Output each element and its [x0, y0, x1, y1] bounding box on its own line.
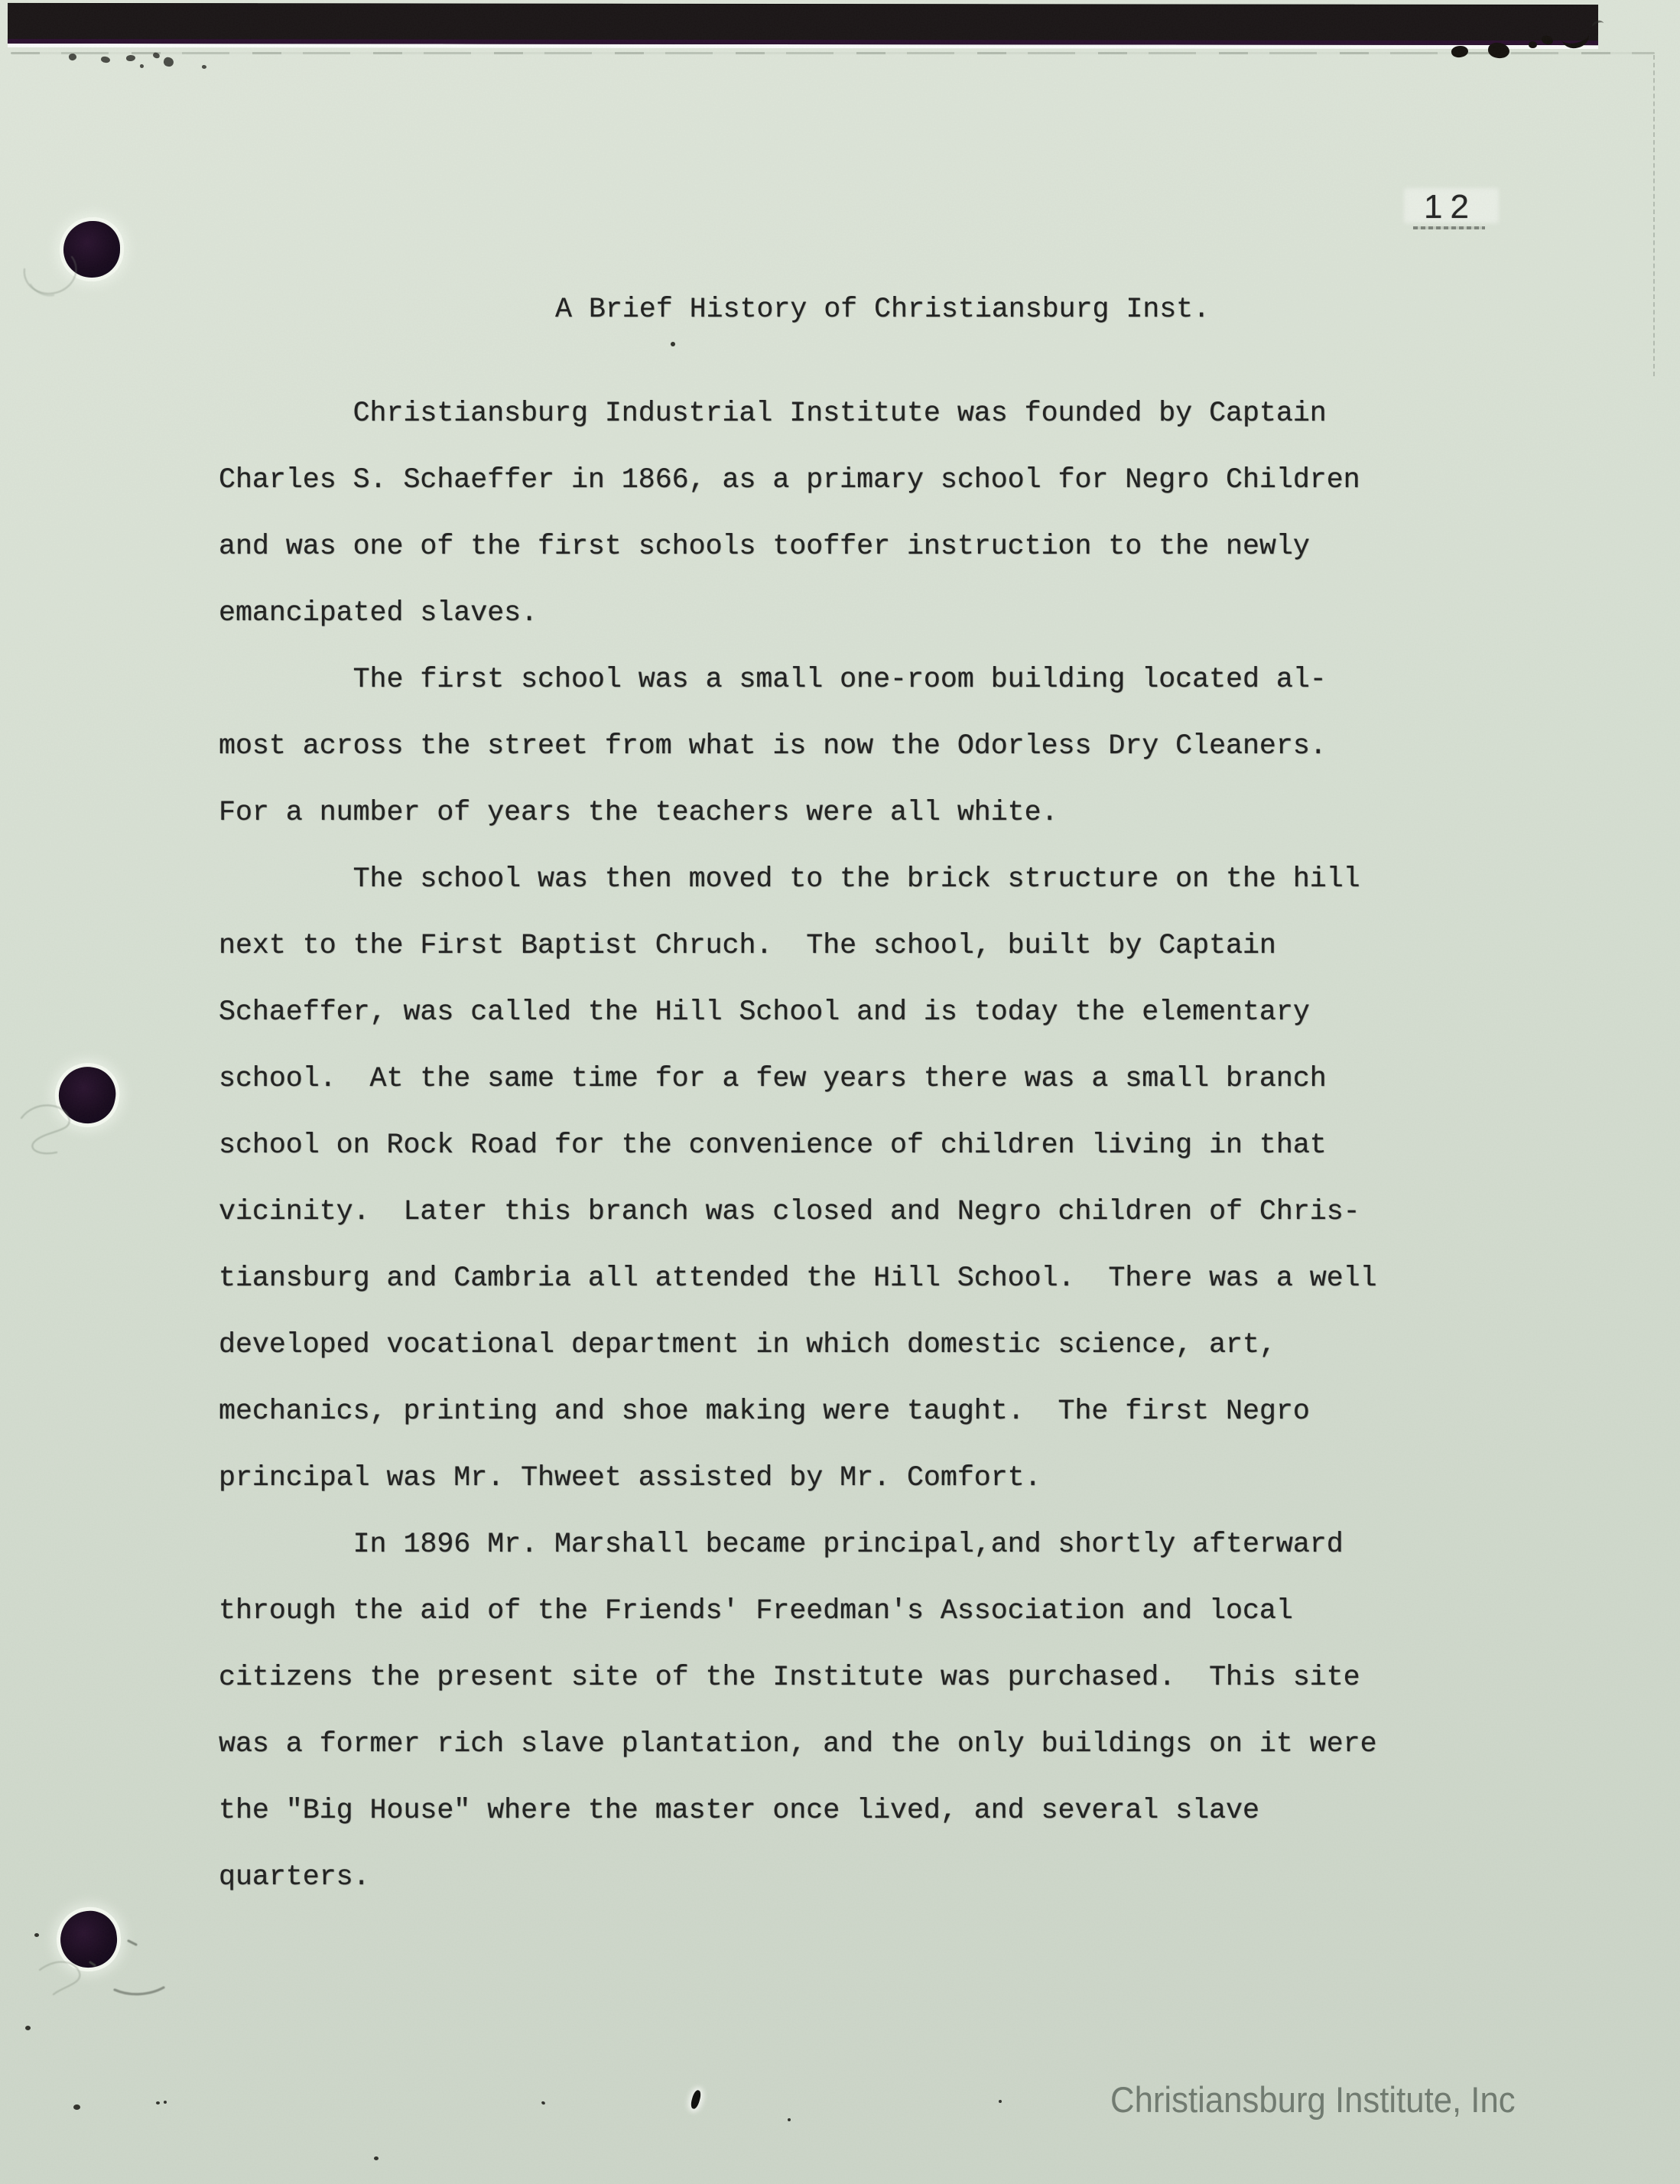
typewritten-line: next to the First Baptist Chruch. The sc…: [219, 912, 1457, 979]
ink-fleck: [202, 65, 206, 69]
ink-speck: [671, 342, 675, 346]
ink-blot: [1529, 41, 1537, 48]
typewritten-line: In 1896 Mr. Marshall became principal,an…: [219, 1511, 1457, 1578]
ink-speck: [541, 2101, 545, 2105]
page-edge-line: [1653, 55, 1655, 376]
typewritten-line: The school was then moved to the brick s…: [219, 846, 1457, 912]
scan-artifact-line: [11, 52, 1655, 54]
hole-punch: [63, 221, 120, 278]
typewritten-line: Schaeffer, was called the Hill School an…: [219, 979, 1457, 1045]
page-number-underline: [1413, 226, 1485, 229]
ink-speck: [999, 2100, 1002, 2103]
watermark: Christiansburg Institute, Inc: [1110, 2078, 1516, 2121]
ink-fleck: [126, 54, 136, 61]
typewritten-line: The first school was a small one-room bu…: [219, 646, 1457, 713]
typewritten-line: through the aid of the Friends' Freedman…: [219, 1578, 1457, 1644]
page-number: 12: [1424, 188, 1477, 226]
hole-punch: [54, 1062, 120, 1128]
scanned-document-page: 12 A Brief History of Christiansburg Ins…: [0, 0, 1680, 2184]
typewritten-line: Christiansburg Industrial Institute was …: [219, 380, 1457, 447]
typewritten-line: mechanics, printing and shoe making were…: [219, 1378, 1457, 1445]
stray-ink-mark: [690, 2089, 703, 2110]
typewritten-line: school on Rock Road for the convenience …: [219, 1112, 1457, 1178]
ink-speck: [25, 2026, 31, 2030]
typewritten-line: vicinity. Later this branch was closed a…: [219, 1178, 1457, 1245]
typewritten-line: principal was Mr. Thweet assisted by Mr.…: [219, 1445, 1457, 1511]
typewritten-line: emancipated slaves.: [219, 580, 1457, 646]
typewritten-line: most across the street from what is now …: [219, 713, 1457, 779]
ink-fleck: [140, 64, 144, 68]
ink-speck: [73, 2104, 80, 2110]
ink-speck: [34, 1933, 39, 1937]
document-body: Christiansburg Industrial Institute was …: [219, 380, 1457, 1910]
typewritten-line: and was one of the first schools tooffer…: [219, 513, 1457, 580]
ink-speck: [374, 2156, 379, 2160]
typewritten-line: was a former rich slave plantation, and …: [219, 1711, 1457, 1777]
typewritten-line: quarters.: [219, 1844, 1457, 1910]
document-title: A Brief History of Christiansburg Inst.: [555, 294, 1210, 325]
ink-speck: [164, 2101, 167, 2104]
typewritten-line: Charles S. Schaeffer in 1866, as a prima…: [219, 447, 1457, 513]
ink-speck: [156, 2101, 160, 2104]
typewritten-line: For a number of years the teachers were …: [219, 779, 1457, 846]
ink-fleck: [163, 57, 175, 68]
hole-punch: [57, 1908, 119, 1970]
typewritten-line: the "Big House" where the master once li…: [219, 1777, 1457, 1844]
scan-black-bar: [8, 3, 1598, 45]
typewritten-line: developed vocational department in which…: [219, 1311, 1457, 1378]
typewritten-line: citizens the present site of the Institu…: [219, 1644, 1457, 1711]
typewritten-line: school. At the same time for a few years…: [219, 1045, 1457, 1112]
typewritten-line: tiansburg and Cambria all attended the H…: [219, 1245, 1457, 1311]
ink-fleck: [101, 56, 111, 63]
ink-speck: [788, 2118, 791, 2121]
ink-blot: [1451, 45, 1469, 59]
